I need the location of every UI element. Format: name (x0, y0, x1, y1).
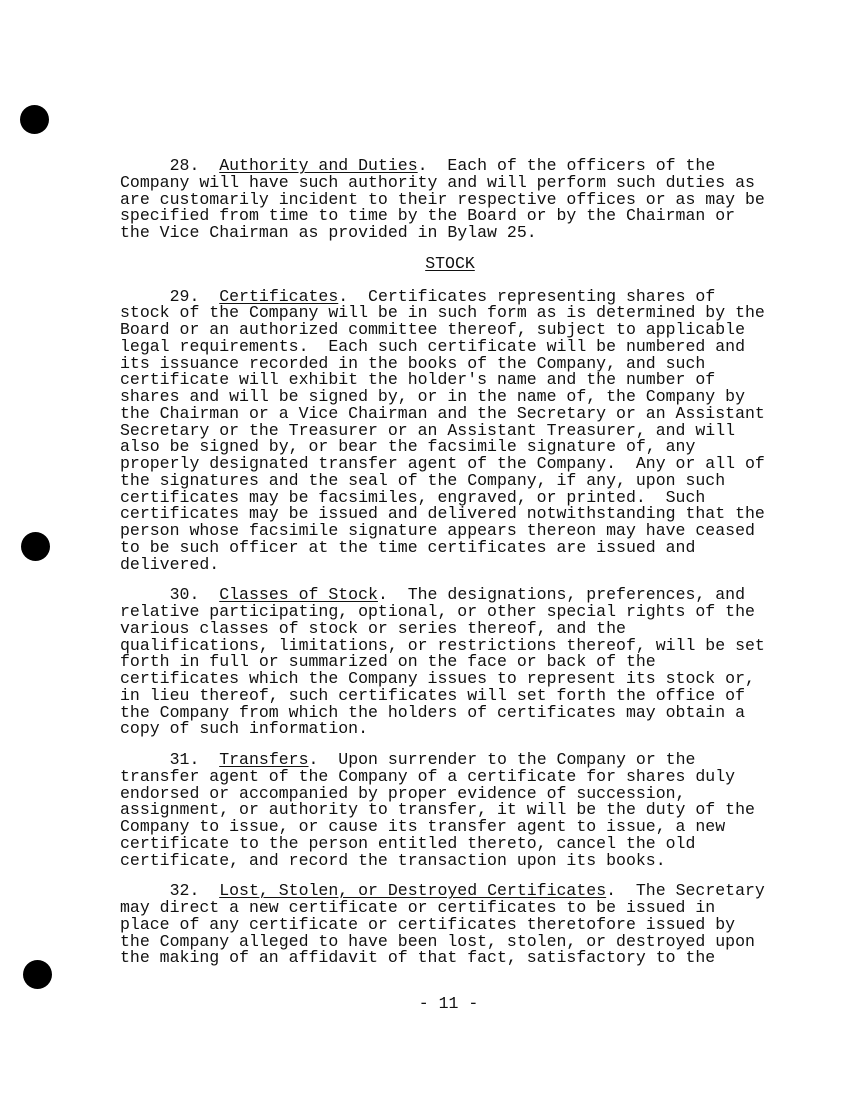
heading-stock: STOCK (120, 256, 780, 273)
section-text: certificate to the person entitled there… (120, 836, 780, 853)
hole-punch-mark (23, 960, 52, 989)
section-29: 29. Certificates. Certificates represent… (120, 289, 780, 574)
section-text: transfer agent of the Company of a certi… (120, 769, 780, 786)
document-body: 28. Authority and Duties. Each of the of… (120, 158, 780, 981)
section-32: 32. Lost, Stolen, or Destroyed Certifica… (120, 883, 780, 967)
section-text: the signatures and the seal of the Compa… (120, 473, 780, 490)
section-text: the making of an affidavit of that fact,… (120, 950, 780, 967)
section-text: the Vice Chairman as provided in Bylaw 2… (120, 225, 780, 242)
section-text: legal requirements. Each such certificat… (120, 339, 780, 356)
section-text: to be such officer at the time certifica… (120, 540, 780, 557)
section-28: 28. Authority and Duties. Each of the of… (120, 158, 780, 242)
section-text: various classes of stock or series there… (120, 621, 780, 638)
section-text: Company will have such authority and wil… (120, 175, 780, 192)
section-30: 30. Classes of Stock. The designations, … (120, 587, 780, 738)
hole-punch-mark (21, 532, 50, 561)
section-text: the Chairman or a Vice Chairman and the … (120, 406, 780, 423)
section-text: in lieu thereof, such certificates will … (120, 688, 780, 705)
section-31: 31. Transfers. Upon surrender to the Com… (120, 752, 780, 869)
hole-punch-mark (20, 105, 49, 134)
section-text: delivered. (120, 557, 780, 574)
section-text: place of any certificate or certificates… (120, 917, 780, 934)
section-text: certificate, and record the transaction … (120, 853, 780, 870)
page-number: - 11 - (0, 994, 849, 1013)
section-text: copy of such information. (120, 721, 780, 738)
